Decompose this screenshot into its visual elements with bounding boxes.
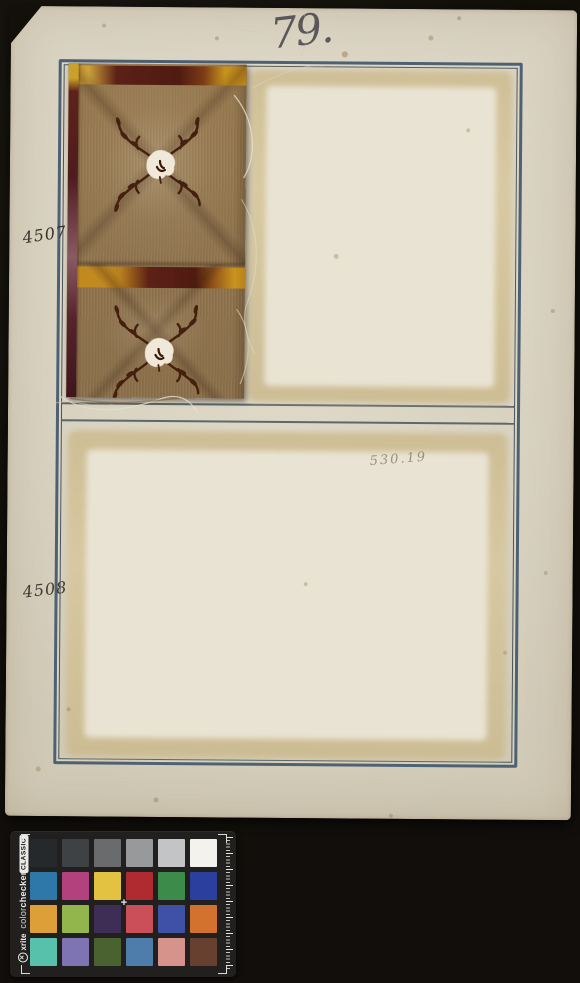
embroidered-flower-motif-1 bbox=[93, 99, 224, 230]
color-patch bbox=[30, 839, 57, 867]
color-patch bbox=[158, 905, 185, 933]
embroidered-flower-motif-2 bbox=[92, 287, 223, 398]
color-patch bbox=[30, 905, 57, 933]
selvage-stripe bbox=[66, 63, 79, 397]
color-patch bbox=[126, 839, 153, 867]
color-patch bbox=[94, 839, 121, 867]
woven-stripe-band-fold bbox=[67, 266, 245, 288]
colorchecker-wordmark: colorchecker bbox=[18, 871, 28, 928]
color-patch bbox=[62, 839, 89, 867]
color-patch bbox=[30, 872, 57, 900]
color-patch bbox=[190, 938, 217, 966]
color-patch bbox=[126, 938, 153, 966]
xrite-logo: ✕xrite bbox=[18, 934, 28, 963]
stain-core bbox=[264, 86, 496, 388]
sample-book-page: 79. 4507 4508 530.19 bbox=[5, 6, 577, 820]
color-patch bbox=[62, 905, 89, 933]
color-patch bbox=[62, 872, 89, 900]
color-patch bbox=[190, 839, 217, 867]
page-corner-damage bbox=[9, 4, 43, 46]
crop-mark-bottom-left bbox=[21, 965, 30, 974]
color-patch bbox=[158, 938, 185, 966]
xrite-x-icon: ✕ bbox=[18, 952, 28, 962]
crop-mark-top-left bbox=[21, 834, 30, 843]
color-patch bbox=[190, 872, 217, 900]
woven-stripe-band-top bbox=[69, 65, 247, 85]
color-patch bbox=[94, 872, 121, 900]
glue-stain-panel-2 bbox=[65, 430, 508, 759]
color-patch bbox=[126, 905, 153, 933]
foxing-spots bbox=[11, 6, 13, 8]
color-patch bbox=[30, 938, 57, 966]
archival-photograph: 79. 4507 4508 530.19 bbox=[0, 0, 580, 983]
ruler-scale bbox=[226, 837, 233, 971]
color-patch bbox=[190, 905, 217, 933]
colorchecker-card: CLASSIC colorchecker ✕xrite + bbox=[10, 831, 236, 977]
color-patch bbox=[62, 938, 89, 966]
textile-swatch bbox=[66, 63, 247, 398]
color-patch bbox=[126, 872, 153, 900]
folio-number: 79. bbox=[234, 0, 369, 62]
stain-core bbox=[84, 449, 488, 740]
color-patch bbox=[94, 938, 121, 966]
color-patch bbox=[158, 872, 185, 900]
glue-stain-panel-1 bbox=[248, 70, 513, 404]
registration-cross: + bbox=[121, 897, 127, 909]
color-patch bbox=[94, 905, 121, 933]
color-patch bbox=[158, 839, 185, 867]
